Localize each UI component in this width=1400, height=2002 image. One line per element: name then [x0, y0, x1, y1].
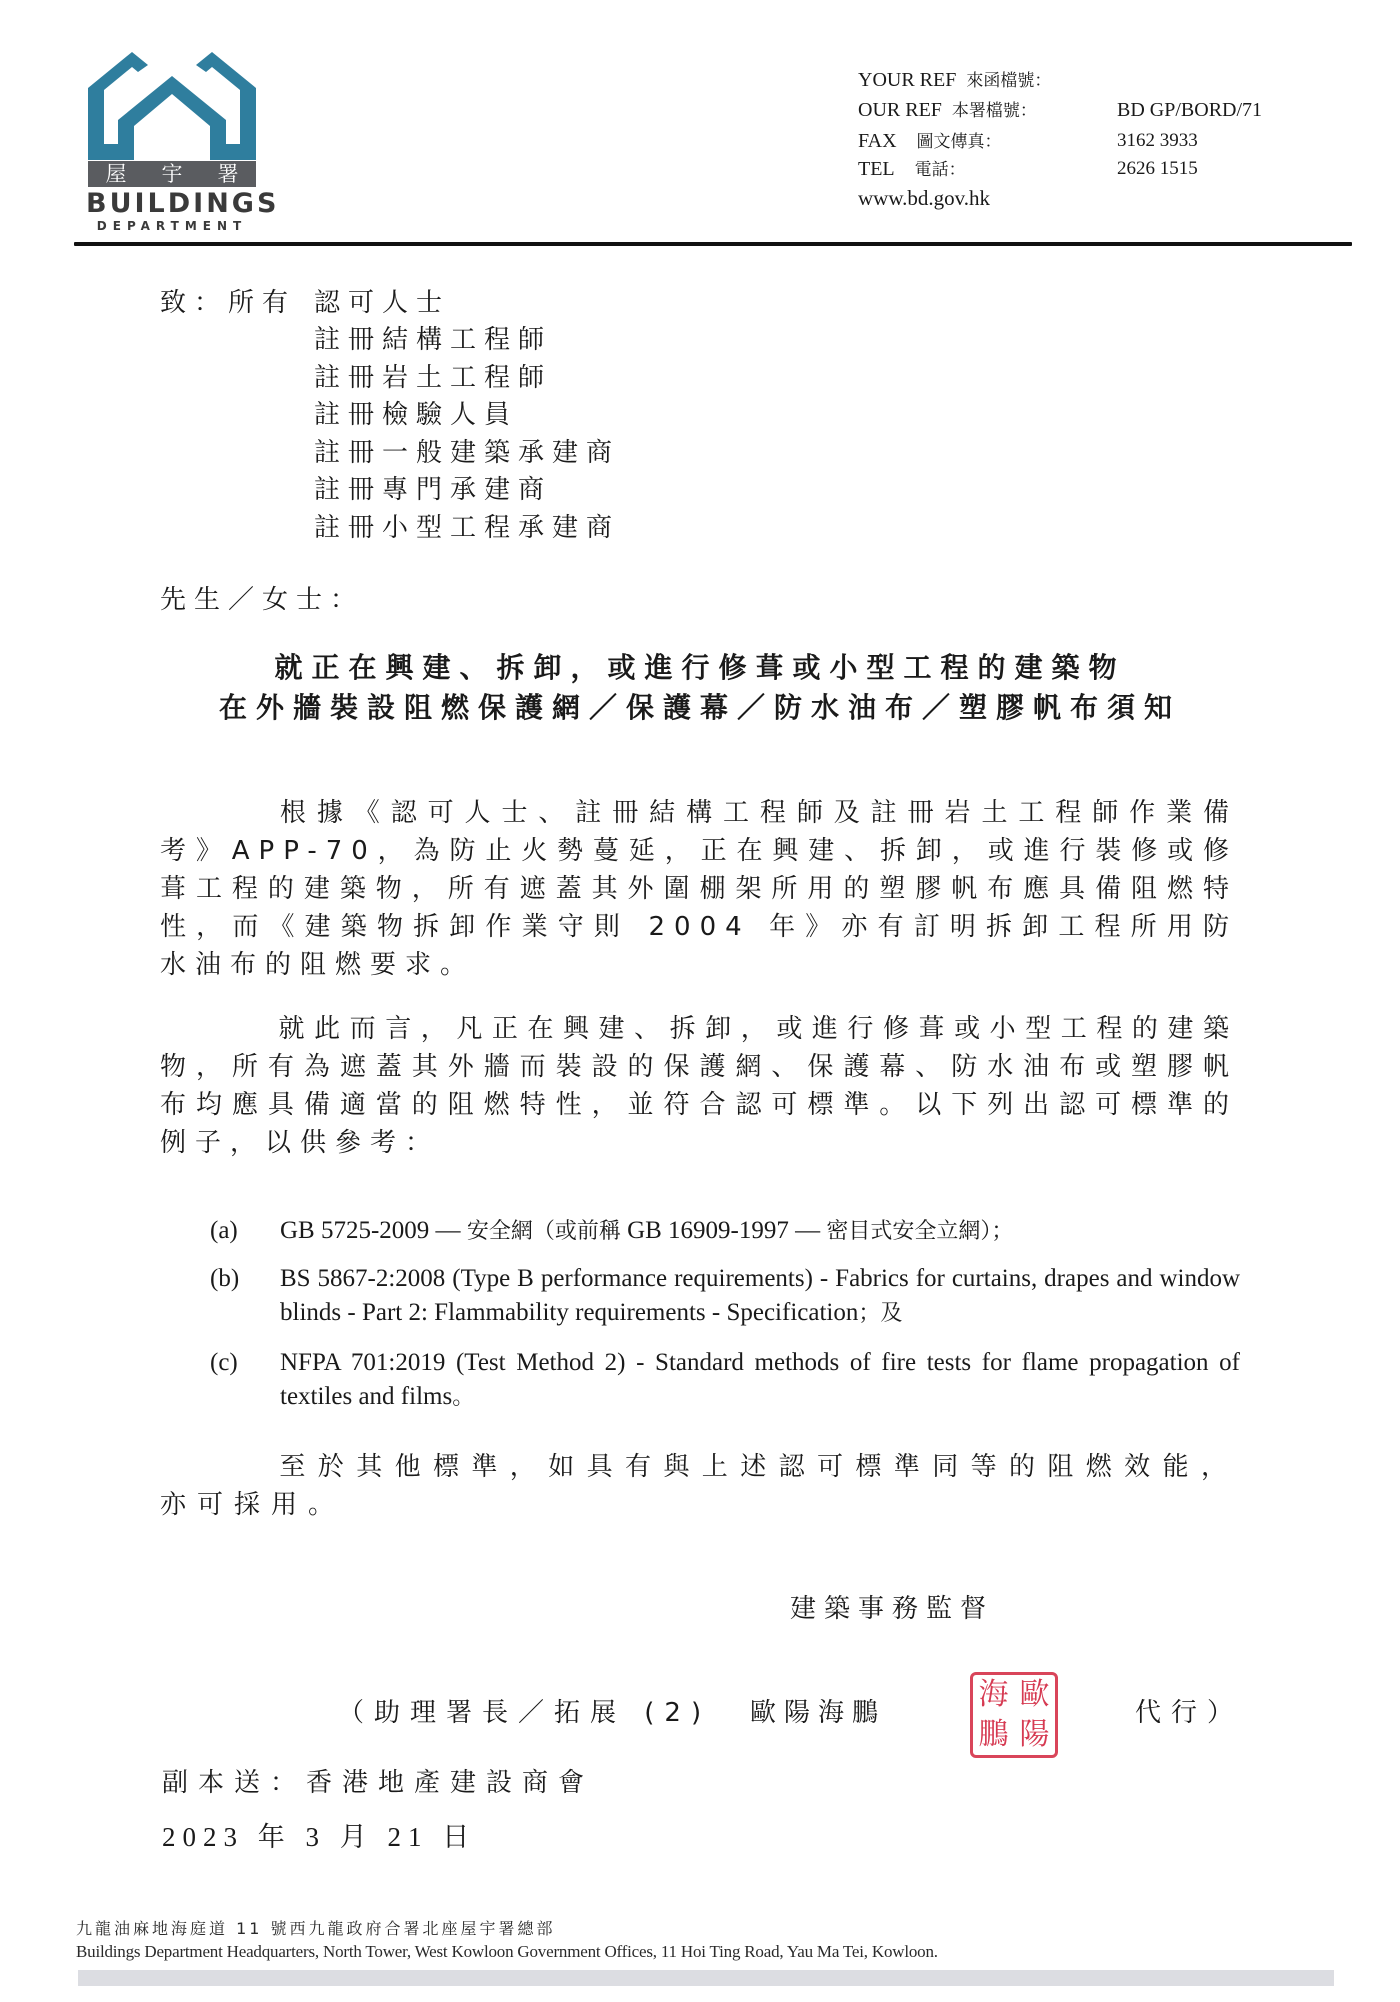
- footer-address-english: Buildings Department Headquarters, North…: [76, 1943, 938, 1960]
- website-link[interactable]: www.bd.gov.hk: [858, 188, 990, 209]
- signing-office: 建築事務監督: [790, 1596, 994, 1622]
- title-line-2: 在外牆裝設阻燃保護網／保護幕／防水油布／塑膠帆布須知: [150, 694, 1250, 722]
- body-paragraph-2: 就此而言，凡正在興建、拆卸，或進行修葺或小型工程的建築物，所有為遮蓋其外牆而裝設…: [160, 1010, 1238, 1162]
- fax-label: FAX 圖文傳真：: [858, 131, 1002, 151]
- seal-char: 陽: [1020, 1720, 1050, 1750]
- title-line-1: 就正在興建、拆卸，或進行修葺或小型工程的建築物: [150, 654, 1250, 682]
- logo-char: 屋: [106, 164, 127, 185]
- addressee-prefix: 致：所有: [160, 290, 296, 316]
- addressee-item: 註冊專門承建商: [314, 477, 552, 503]
- logo-chinese-band: 屋 宇 署: [88, 161, 256, 187]
- addressee-item: 註冊小型工程承建商: [314, 515, 620, 541]
- buildings-department-logo: 屋 宇 署 BUILDINGS DEPARTMENT: [86, 50, 258, 232]
- closing-paragraph: 至於其他標準，如具有與上述認可標準同等的阻燃效能，亦可採用。: [160, 1448, 1238, 1524]
- header-divider: [74, 242, 1352, 246]
- letter-date: 2023 年 3 月 21 日: [162, 1824, 476, 1851]
- our-ref-label: OUR REF 本署檔號：: [858, 100, 1037, 120]
- tel-label: TEL 電話：: [858, 159, 966, 179]
- standard-item-a: (a) GB 5725-2009 — 安全網（或前稱 GB 16909-1997…: [210, 1214, 1250, 1250]
- fax-value: 3162 3933: [1117, 131, 1198, 150]
- signatory-name: 歐陽海鵬: [750, 1700, 886, 1726]
- addressee-item: 註冊一般建築承建商: [314, 440, 620, 466]
- addressee-item: 註冊岩土工程師: [314, 365, 552, 391]
- seal-char: 歐: [1020, 1680, 1050, 1710]
- footer-band: [78, 1970, 1334, 1986]
- logo-char: 宇: [162, 164, 183, 185]
- footer-address-chinese: 九龍油麻地海庭道 11 號西九龍政府合署北座屋宇署總部: [76, 1921, 556, 1937]
- signatory-acting: 代行）: [1135, 1700, 1243, 1726]
- body-paragraph-1: 根據《認可人士、註冊結構工程師及註冊岩土工程師作業備考》APP-70，為防止火勢…: [160, 794, 1238, 984]
- salutation: 先生／女士：: [160, 587, 364, 613]
- addressee-item: 認可人士: [314, 290, 450, 316]
- signatory-title: （助理署長／拓展 (2): [338, 1700, 711, 1726]
- seal-stamp: 海 歐 鵬 陽: [970, 1672, 1058, 1758]
- seal-char: 鵬: [979, 1720, 1009, 1750]
- addressee-item: 註冊檢驗人員: [314, 402, 518, 428]
- your-ref-label: YOUR REF 來函檔號：: [858, 70, 1051, 90]
- our-ref-value: BD GP/BORD/71: [1117, 100, 1262, 120]
- seal-char: 海: [979, 1680, 1009, 1710]
- logo-name: BUILDINGS: [86, 190, 258, 217]
- tel-value: 2626 1515: [1117, 159, 1198, 178]
- logo-char: 署: [218, 164, 239, 185]
- house-logo-icon: [86, 50, 258, 162]
- cc-line: 副本送：香港地產建設商會: [162, 1770, 594, 1796]
- addressee-item: 註冊結構工程師: [314, 327, 552, 353]
- standard-item-c: (c) NFPA 701:2019 (Test Method 2) - Stan…: [210, 1346, 1250, 1418]
- logo-subname: DEPARTMENT: [86, 220, 258, 232]
- standard-item-b: (b) BS 5867-2:2008 (Type B performance r…: [210, 1262, 1250, 1334]
- letter-title: 就正在興建、拆卸，或進行修葺或小型工程的建築物 在外牆裝設阻燃保護網／保護幕／防…: [150, 654, 1250, 722]
